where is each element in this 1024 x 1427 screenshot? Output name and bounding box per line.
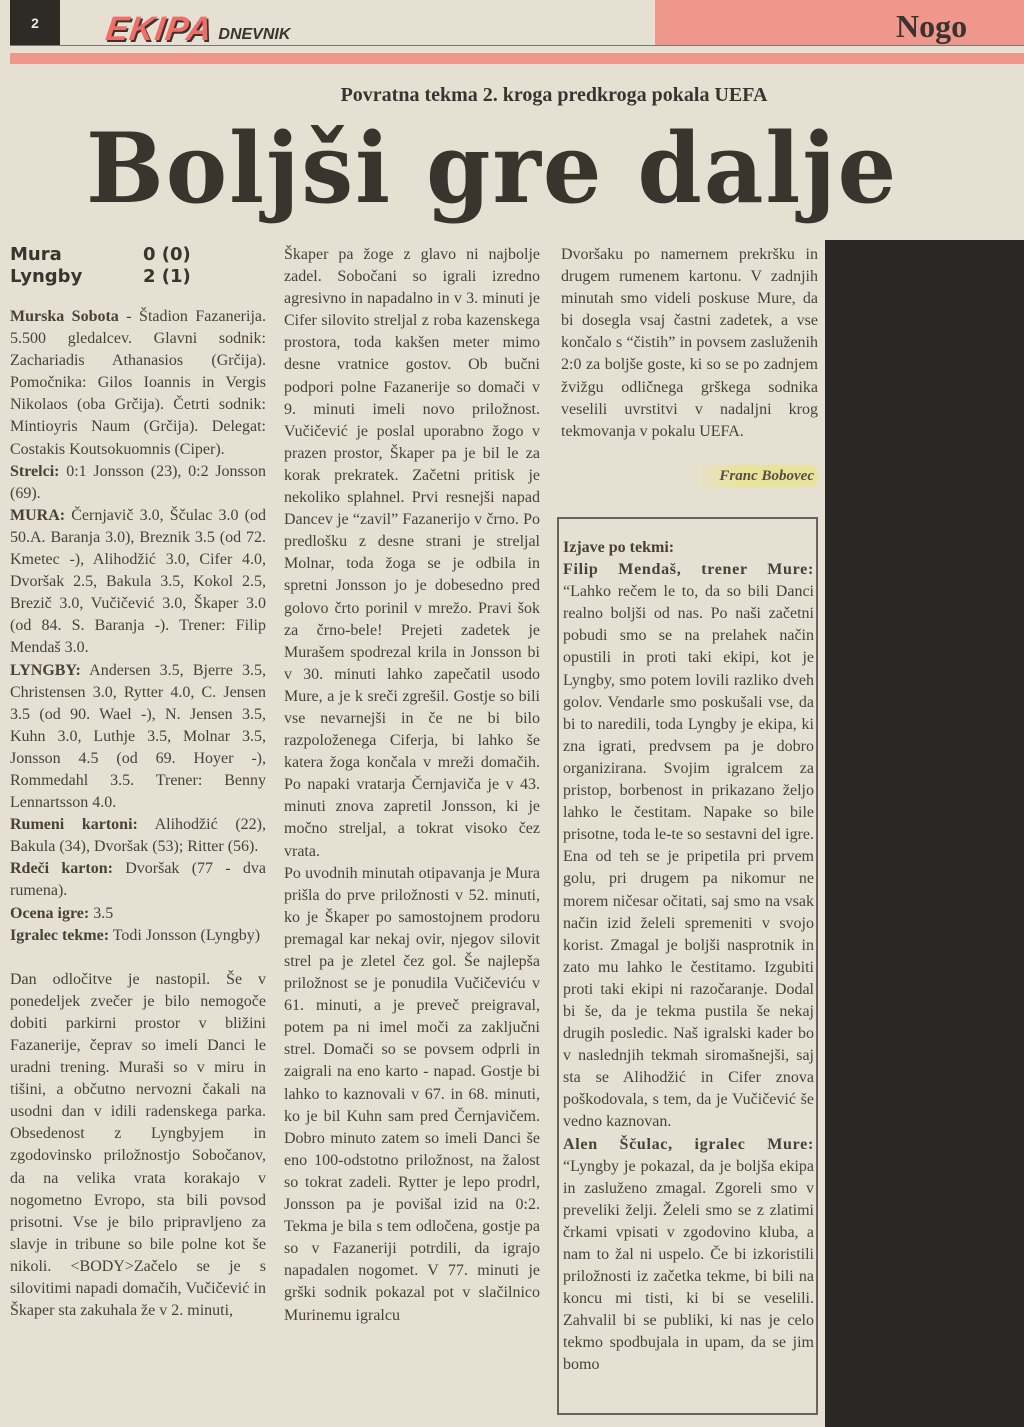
- header-rule: [10, 45, 1024, 46]
- player-of-match: Igralec tekme: Todi Jonsson (Lyngby): [10, 925, 266, 947]
- team-score: 2 (1): [143, 266, 266, 288]
- quote-text: “Lyngby je pokazal, da je boljša ekipa i…: [563, 1158, 814, 1374]
- body-paragraph: Dvoršaku po namernem prekršku in drugem …: [561, 244, 818, 443]
- quotes-title: Izjave po tekmi:: [563, 537, 814, 559]
- quote: Filip Mendaš, trener Mure: “Lahko rečem …: [563, 559, 814, 1133]
- page-number: 2: [10, 0, 60, 45]
- team-name: Mura: [10, 244, 143, 266]
- quote: Alen Ščulac, igralec Mure: “Lyngby je po…: [563, 1134, 814, 1377]
- match-facts: Murska Sobota - Štadion Fazanerija. 5.50…: [10, 306, 266, 461]
- venue-label: Murska Sobota: [10, 308, 119, 325]
- logo-title: EKIPA: [104, 12, 215, 46]
- article-kicker: Povratna tekma 2. kroga predkroga pokala…: [0, 84, 1024, 107]
- dark-image-area: [825, 240, 1024, 1427]
- byline: Franc Bobovec: [561, 465, 818, 487]
- game-rating: Ocena igre: 3.5: [10, 903, 266, 925]
- logo-subtitle: DNEVNIK: [218, 27, 290, 46]
- quote-speaker: Filip Mendaš, trener Mure:: [563, 561, 814, 578]
- column-2: Škaper pa žoge z glavo ni najbolje zadel…: [284, 244, 540, 1327]
- accent-bar: [10, 53, 1024, 64]
- team-name: Lyngby: [10, 266, 143, 288]
- quote-text: “Lahko rečem le to, da so bili Danci rea…: [563, 583, 814, 1130]
- body-paragraph: Škaper pa žoge z glavo ni najbolje zadel…: [284, 244, 540, 863]
- scorers: Strelci: 0:1 Jonsson (23), 0:2 Jonsson (…: [10, 461, 266, 505]
- lyngby-lineup: LYNGBY: Andersen 3.5, Bjerre 3.5, Christ…: [10, 660, 266, 815]
- body-paragraph: Dan odločitve je nastopil. Še v ponedelj…: [10, 969, 266, 1323]
- quotes-box: Izjave po tekmi: Filip Mendaš, trener Mu…: [557, 517, 818, 1415]
- section-band: Nogo: [655, 0, 1024, 46]
- section-label: Nogo: [896, 8, 1024, 45]
- column-1: Mura 0 (0) Lyngby 2 (1) Murska Sobota - …: [10, 244, 266, 1322]
- team-score: 0 (0): [143, 244, 266, 266]
- yellow-cards: Rumeni kartoni: Alihodžić (22), Bakula (…: [10, 814, 266, 858]
- red-card: Rdeči karton: Dvoršak (77 - dva rumena).: [10, 858, 266, 902]
- mura-lineup: MURA: Černjavič 3.0, Ščulac 3.0 (od 50.A…: [10, 505, 266, 660]
- quote-speaker: Alen Ščulac, igralec Mure:: [563, 1136, 814, 1153]
- scoreboard: Mura 0 (0) Lyngby 2 (1): [10, 244, 266, 288]
- body-paragraph: Po uvodnih minutah otipavanja je Mura pr…: [284, 863, 540, 1327]
- column-3: Dvoršaku po namernem prekršku in drugem …: [561, 244, 818, 487]
- newspaper-logo: EKIPA DNEVNIK: [106, 4, 290, 46]
- article-headline: Boljši gre dalje: [86, 120, 898, 217]
